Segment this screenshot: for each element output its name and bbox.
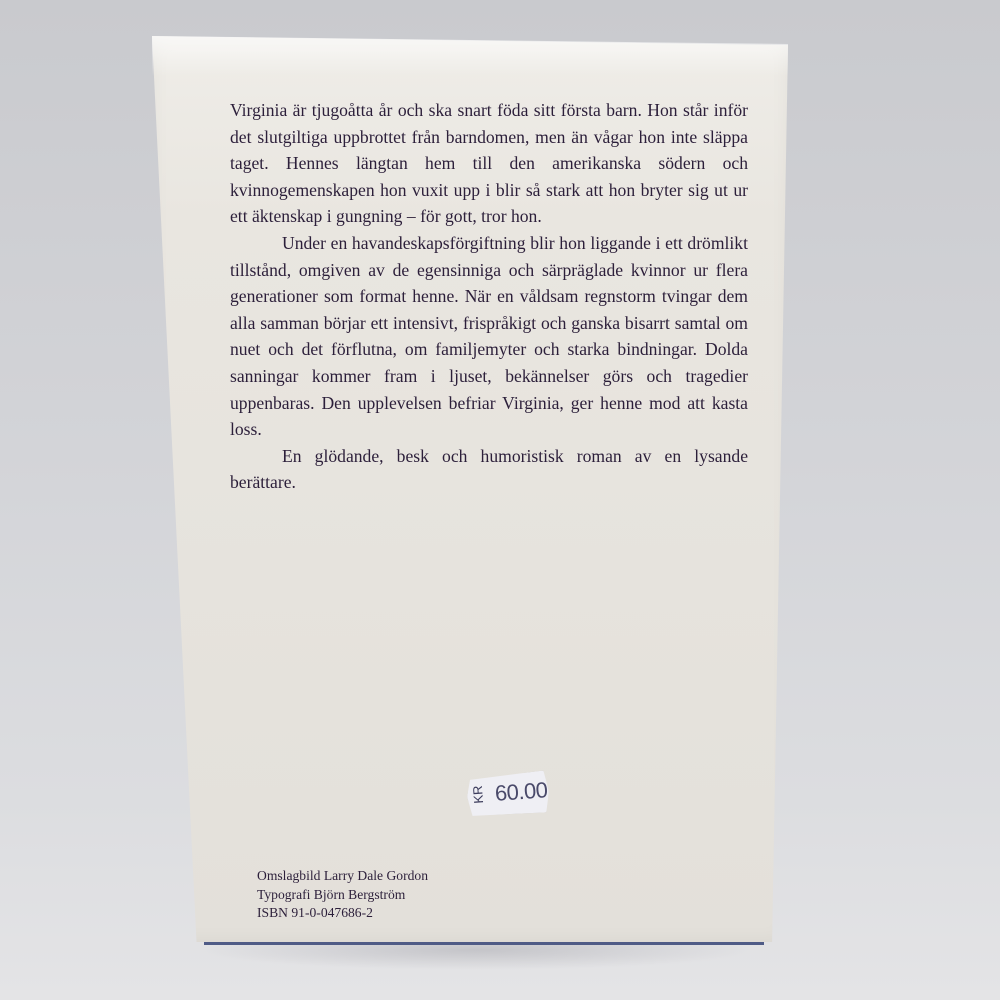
plastic-glare: [152, 36, 788, 76]
typography-credit: Typografi Björn Bergström: [257, 886, 428, 905]
blurb-paragraph-2: Under en havandeskapsförgiftning blir ho…: [230, 230, 748, 443]
blurb-paragraph-3: En glödande, besk och humoristisk roman …: [230, 443, 748, 496]
book-credits: Omslagbild Larry Dale Gordon Typografi B…: [257, 867, 428, 923]
isbn: ISBN 91-0-047686-2: [257, 904, 428, 923]
back-cover-blurb: Virginia är tjugoåtta år och ska snart f…: [230, 97, 748, 496]
blurb-paragraph-1: Virginia är tjugoåtta år och ska snart f…: [230, 97, 748, 230]
cover-art-credit: Omslagbild Larry Dale Gordon: [257, 867, 428, 886]
price-value: 60.00: [494, 777, 548, 807]
price-currency: KR: [470, 785, 486, 804]
